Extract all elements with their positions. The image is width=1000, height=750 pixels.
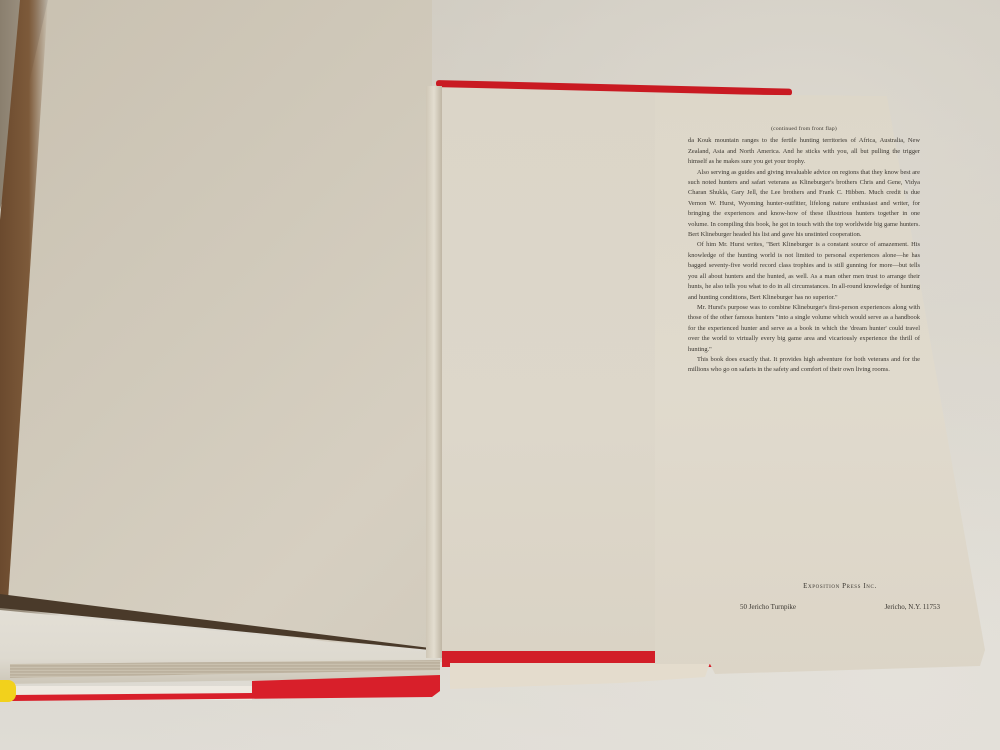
flap-paragraph: Mr. Hurst's purpose was to combine Kline… (688, 303, 920, 355)
left-endpaper (0, 0, 432, 650)
publisher-address: 50 Jericho Turnpike Jericho, N.Y. 11753 (740, 603, 940, 611)
flap-paragraph: Of him Mr. Hurst writes, "Bert Klineburg… (688, 240, 920, 302)
flap-caption: (continued from front flap) (688, 124, 920, 134)
flap-text: (continued from front flap) da Kouk moun… (688, 124, 920, 376)
address-street: 50 Jericho Turnpike (740, 603, 796, 611)
publisher-name: Exposition Press Inc. (730, 582, 950, 590)
address-city: Jericho, N.Y. 11753 (885, 603, 940, 611)
flap-paragraph: This book does exactly that. It provides… (688, 355, 920, 376)
flap-paragraph: da Kouk mountain ranges to the fertile h… (688, 136, 920, 167)
yellow-tab (0, 680, 16, 702)
book-photo: (continued from front flap) da Kouk moun… (0, 0, 1000, 750)
flap-paragraph: Also serving as guides and giving invalu… (688, 168, 920, 241)
book-gutter (426, 86, 442, 658)
